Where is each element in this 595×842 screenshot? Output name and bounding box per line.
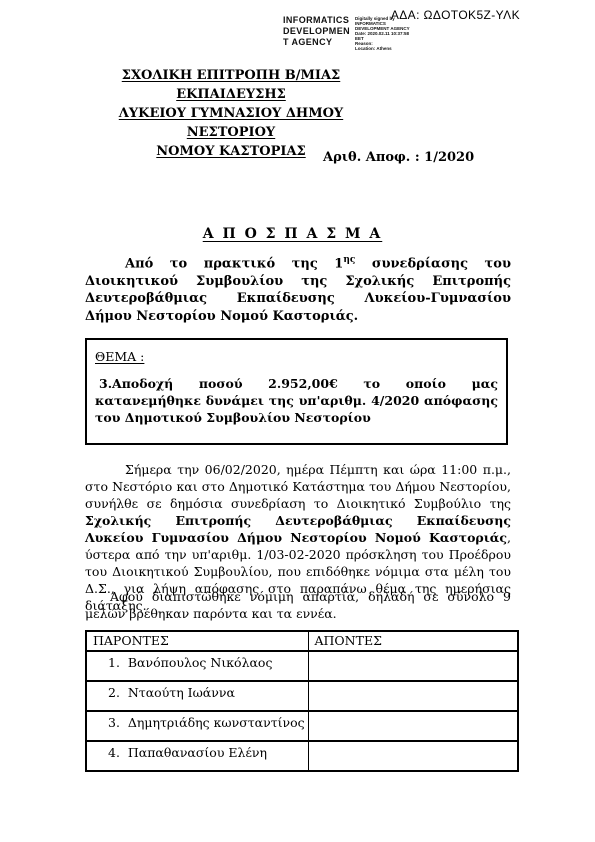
org-header-line-text: ΣΧΟΛΙΚΗ ΕΠΙΤΡΟΠΗ Β/ΜΙΑΣ ΕΚΠΑΙΔΕΥΣΗΣ: [122, 68, 341, 102]
subject-box: ΘΕΜΑ : 3.Αποδοχή ποσού 2.952,00€ το οποί…: [85, 338, 508, 445]
document-title-text: Α Π Ο Σ Π Α Σ Μ Α: [203, 226, 383, 242]
table-row: 1. Βανόπουλος Νικόλαος: [86, 651, 518, 681]
signature-agency-name: INFORMATICS DEVELOPMEN T AGENCY: [283, 15, 350, 51]
subject-text: 3.Αποδοχή ποσού 2.952,00€ το οποίο μας κ…: [95, 375, 498, 426]
quorum-paragraph: Αφού διαπιστώθηκε νόμιμη απαρτία, δηλαδή…: [85, 588, 511, 622]
signature-detail-line: Location: Athens: [355, 46, 417, 51]
absent-cell: [308, 741, 518, 771]
ada-code: ΑΔΑ: ΩΔΟΤΟΚ5Ζ-ΥΛΚ: [0, 8, 520, 22]
organization-header: ΣΧΟΛΙΚΗ ΕΠΙΤΡΟΠΗ Β/ΜΙΑΣ ΕΚΠΑΙΔΕΥΣΗΣ ΛΥΚΕ…: [85, 66, 377, 161]
present-member-cell: 3. Δημητριάδης κωνσταντίνος: [86, 711, 308, 741]
session-text: Σήμερα την 06/02/2020, ημέρα Πέμπτη και …: [85, 462, 511, 511]
document-page: ΑΔΑ: ΩΔΟΤΟΚ5Ζ-ΥΛΚ INFORMATICS DEVELOPMEN…: [0, 0, 595, 842]
org-header-line-text: ΝΟΜΟΥ ΚΑΣΤΟΡΙΑΣ: [156, 144, 305, 159]
present-member: 3. Δημητριάδης κωνσταντίνος: [87, 715, 308, 730]
attendance-table: ΠΑΡΟΝΤΕΣ ΑΠΟΝΤΕΣ 1. Βανόπουλος Νικόλαος …: [85, 630, 519, 772]
intro-text: Από το πρακτικό της 1: [125, 256, 343, 271]
present-column-header: ΠΑΡΟΝΤΕΣ: [86, 631, 308, 651]
absent-cell: [308, 651, 518, 681]
table-row: 2. Νταούτη Ιωάννα: [86, 681, 518, 711]
absent-cell: [308, 711, 518, 741]
agency-line: DEVELOPMEN: [283, 26, 350, 37]
present-member: 1. Βανόπουλος Νικόλαος: [87, 655, 308, 670]
present-member-cell: 1. Βανόπουλος Νικόλαος: [86, 651, 308, 681]
absent-cell: [308, 681, 518, 711]
committee-name-bold: Σχολικής Επιτροπής Δευτεροβάθμιας Εκπαίδ…: [85, 513, 511, 545]
ordinal-superscript: ης: [343, 255, 355, 265]
org-header-line: ΣΧΟΛΙΚΗ ΕΠΙΤΡΟΠΗ Β/ΜΙΑΣ ΕΚΠΑΙΔΕΥΣΗΣ: [85, 66, 377, 104]
org-header-line-text: ΛΥΚΕΙΟΥ ΓΥΜΝΑΣΙΟΥ ΔΗΜΟΥ ΝΕΣΤΟΡΙΟΥ: [119, 106, 343, 140]
present-member-cell: 4. Παπαθανασίου Ελένη: [86, 741, 308, 771]
present-member: 4. Παπαθανασίου Ελένη: [87, 745, 308, 760]
document-title: Α Π Ο Σ Π Α Σ Μ Α: [85, 226, 500, 242]
subject-label: ΘΕΜΑ :: [95, 349, 498, 364]
present-member-cell: 2. Νταούτη Ιωάννα: [86, 681, 308, 711]
intro-paragraph: Από το πρακτικό της 1ης συνεδρίασης του …: [85, 252, 511, 325]
table-row: 4. Παπαθανασίου Ελένη: [86, 741, 518, 771]
org-header-line: ΛΥΚΕΙΟΥ ΓΥΜΝΑΣΙΟΥ ΔΗΜΟΥ ΝΕΣΤΟΡΙΟΥ: [85, 104, 377, 142]
absent-column-header: ΑΠΟΝΤΕΣ: [308, 631, 518, 651]
attendance-header-row: ΠΑΡΟΝΤΕΣ ΑΠΟΝΤΕΣ: [86, 631, 518, 651]
agency-line: T AGENCY: [283, 37, 350, 48]
agency-line: INFORMATICS: [283, 15, 350, 26]
signature-detail-line: Date: 2020.02.11 10:37:58: [355, 31, 417, 36]
present-member: 2. Νταούτη Ιωάννα: [87, 685, 308, 700]
signature-details: Digitally signed by INFORMATICS DEVELOPM…: [355, 15, 417, 51]
digital-signature-stamp: INFORMATICS DEVELOPMEN T AGENCY Digitall…: [283, 15, 417, 51]
decision-number: Αριθ. Αποφ. : 1/2020: [323, 150, 474, 165]
table-row: 3. Δημητριάδης κωνσταντίνος: [86, 711, 518, 741]
